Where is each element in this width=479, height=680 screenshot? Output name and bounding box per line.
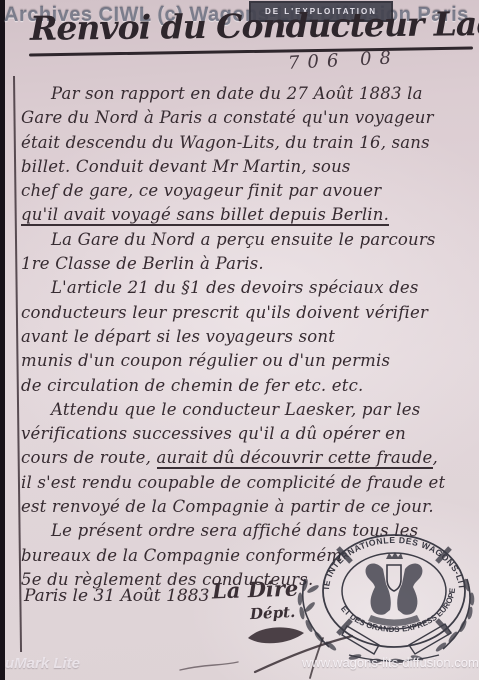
document-line: Gare du Nord à Paris a constaté qu'un vo… xyxy=(21,106,474,130)
ciwl-seal-emblem: CIE INTERNATIONLE DES WAGONS-LITS ET DES… xyxy=(293,517,479,669)
archive-document-photo: Archives CIWL (c) Wagons-Lits Diffusion … xyxy=(0,0,479,680)
umark-watermark: uMark Lite xyxy=(5,655,80,672)
document-line: cours de route, aurait dû découvrir cett… xyxy=(21,446,474,470)
title-underline xyxy=(29,47,473,57)
document-line: L'article 21 du §1 des devoirs spéciaux … xyxy=(21,276,474,300)
document-line: de circulation de chemin de fer etc. etc… xyxy=(21,374,474,398)
document-line: conducteurs leur prescrit qu'ils doivent… xyxy=(21,301,474,325)
document-line: qu'il avait voyagé sans billet depuis Be… xyxy=(21,203,474,227)
document-line: vérifications successives qu'il a dû opé… xyxy=(21,422,474,446)
website-watermark: www.wagons-lits-diffusion.com xyxy=(302,655,479,670)
document-line: avant le départ si les voyageurs sont xyxy=(21,325,474,349)
document-title: Renvoi du Conducteur Laesker xyxy=(30,3,479,48)
document-line: chef de gare, ce voyageur finit par avou… xyxy=(21,179,474,203)
document-line: est renvoyé de la Compagnie à partir de … xyxy=(21,495,474,519)
document-line: il s'est rendu coupable de complicité de… xyxy=(21,471,474,495)
document-line: était descendu du Wagon-Lits, du train 1… xyxy=(21,131,474,155)
document-line: 1re Classe de Berlin à Paris. xyxy=(21,252,474,276)
document-line: Attendu que le conducteur Laesker, par l… xyxy=(21,398,474,422)
document-line: billet. Conduit devant Mr Martin, sous xyxy=(21,155,474,179)
document-line: Par son rapport en date du 27 Août 1883 … xyxy=(21,82,474,106)
document-body: Par son rapport en date du 27 Août 1883 … xyxy=(21,82,474,592)
photo-left-edge xyxy=(0,0,5,680)
reference-number: 706 08 xyxy=(288,47,400,74)
document-line: La Gare du Nord a perçu ensuite le parco… xyxy=(21,228,474,252)
document-line: munis d'un coupon régulier ou d'un permi… xyxy=(21,349,474,373)
